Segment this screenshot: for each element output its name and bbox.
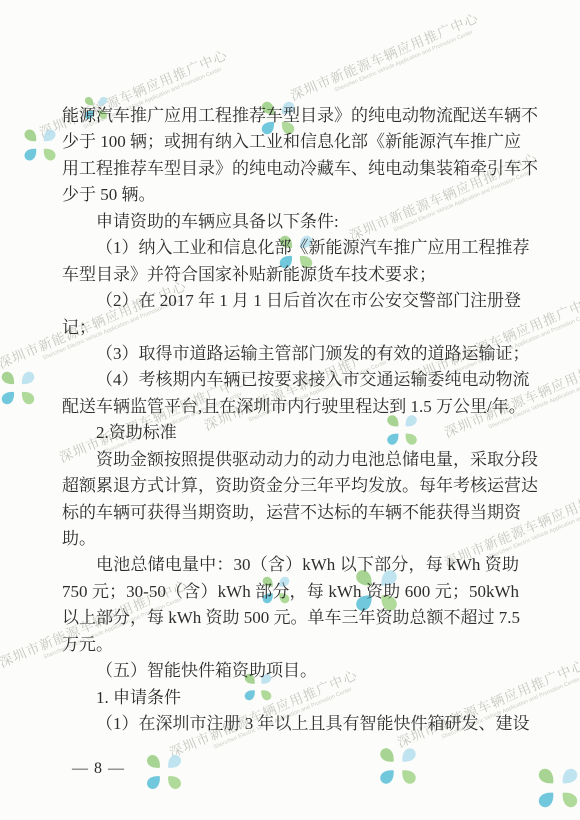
text-line: 750 元；30-50（含）kWh 部分，每 kWh 资助 600 元；50kW…: [62, 579, 519, 605]
text-line: 以上部分，每 kWh 资助 500 元。单车三年资助总额不超过 7.5: [62, 605, 519, 631]
text-line: （1）在深圳市注册 3 年以上且具有智能快件箱研发、建设: [62, 711, 519, 737]
text-line: （五）智能快件箱资助项目。: [62, 658, 519, 684]
watermark-cn-text: 深圳市新能源车辆应用推广中心: [283, 5, 484, 105]
text-line: 2.资助标准: [62, 420, 519, 446]
text-line: 少于 50 辆。: [62, 182, 519, 208]
text-line: 超额累退方式计算，资助资金分三年平均发放。每年考核运营达: [62, 473, 519, 499]
watermark-logo: [532, 762, 580, 814]
text-line: （3）取得市道路运输主管部门颁发的有效的道路运输证；: [62, 341, 519, 367]
watermark-logo: [19, 124, 61, 166]
text-line: 记；: [62, 315, 519, 341]
watermark-logo: [0, 366, 40, 410]
watermark-en-text: Shenzhen Electric Vehicle Application an…: [334, 42, 445, 94]
text-line: 标的车辆可获得当期资助，运营不达标的车辆不能获得当期资: [62, 500, 519, 526]
center-logo-icon: [374, 742, 422, 790]
page-number: — 8 —: [72, 760, 125, 778]
watermark-logo: [374, 742, 422, 790]
text-line: 助。: [62, 526, 519, 552]
text-line: 电池总储电量中：30（含）kWh 以下部分，每 kWh 资助: [62, 552, 519, 578]
text-line: 万元。: [62, 632, 519, 658]
document-body: 能源汽车推广应用工程推荐车型目录》的纯电动物流配送车辆不少于 100 辆；或拥有…: [62, 103, 519, 738]
text-line: 车型目录》并符合国家补贴新能源货车技术要求；: [62, 262, 519, 288]
center-logo-icon: [532, 762, 580, 814]
text-line: （4）考核期内车辆已按要求接入市交通运输委纯电动物流: [62, 367, 519, 393]
center-logo-icon: [141, 749, 187, 795]
text-line: 少于 100 辆；或拥有纳入工业和信息化部《新能源汽车推广应: [62, 129, 519, 155]
center-logo-icon: [19, 124, 61, 166]
text-line: 申请资助的车辆应具备以下条件:: [62, 209, 519, 235]
watermark-text: 深圳市新能源车辆应用推广中心Shenzhen Electric Vehicle …: [283, 5, 488, 116]
document-page: 深圳市新能源车辆应用推广中心Shenzhen Electric Vehicle …: [0, 0, 580, 820]
center-logo-icon: [0, 366, 40, 410]
text-line: （1）纳入工业和信息化部《新能源汽车推广应用工程推荐: [62, 235, 519, 261]
text-line: 1. 申请条件: [62, 685, 519, 711]
text-line: 资助金额按照提供驱动动力的动力电池总储电量，采取分段: [62, 447, 519, 473]
text-line: （2）在 2017 年 1 月 1 日后首次在市公安交警部门注册登: [62, 288, 519, 314]
text-line: 配送车辆监管平台,且在深圳市内行驶里程达到 1.5 万公里/年。: [62, 394, 519, 420]
text-line: 能源汽车推广应用工程推荐车型目录》的纯电动物流配送车辆不: [62, 103, 519, 129]
text-line: 用工程推荐车型目录》的纯电动冷藏车、纯电动集装箱牵引车不: [62, 156, 519, 182]
watermark-logo: [141, 749, 187, 795]
